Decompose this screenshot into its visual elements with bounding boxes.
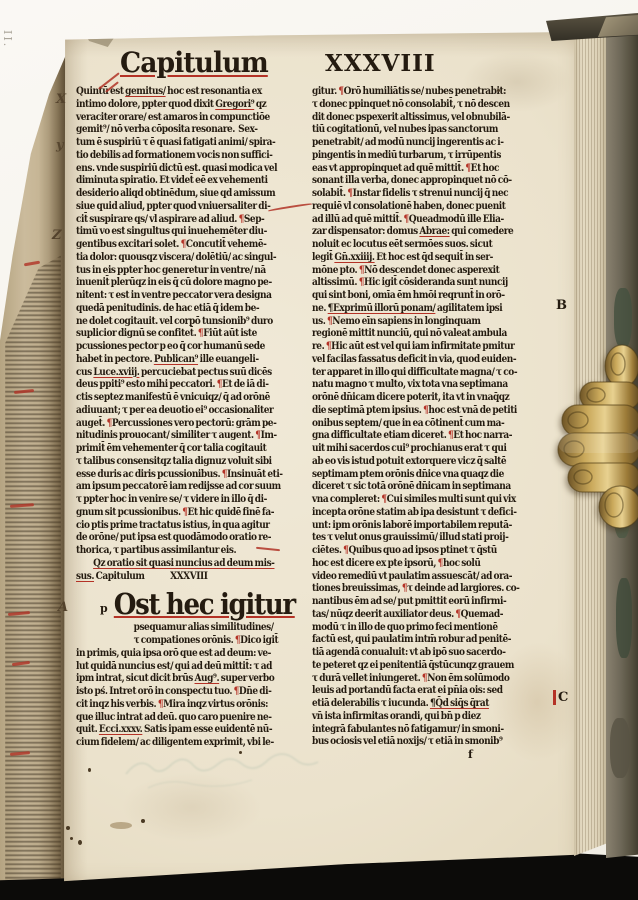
wormhole [66, 826, 70, 830]
text-line: nitudinis prouocant/ similiter τ augent.… [76, 430, 312, 443]
text-line: esse duris ac diris pcussionibus. ¶Insin… [76, 469, 312, 482]
text-line: ter apparet in illo qui difficultate mag… [312, 367, 562, 380]
backdrop-corner-mark: II. [1, 30, 14, 48]
gutter-shadow [0, 52, 70, 900]
text-line: mōne pto. ¶Nō descendet donec asperexit [312, 265, 562, 278]
guide-letter-p: p [100, 602, 108, 615]
text-line: onibus septem/ que in ea cōtinent̄ cum m… [312, 418, 562, 431]
text-line: siue quid aliud, ppter quod vniuersalite… [76, 201, 312, 214]
text-line: tas/ nūqz deerit auxiliator deus. ¶Quema… [312, 609, 562, 622]
paper-smudge [110, 822, 132, 829]
text-line: penetrabit/ ad modū nuncij ingerentis ac… [312, 137, 562, 150]
text-line: tum ē suspiriū τ ē quasi fatigati animi/… [76, 137, 312, 150]
text-line: sus. Capitulum XXXVIII [76, 571, 312, 584]
text-line: vn̄ ista infirmitas orandi, qui bn̄ p di… [312, 711, 562, 724]
text-line: ne. ¶Exprimū illorū ponam/ agilitatem ip… [312, 303, 562, 316]
text-line: noluit ec locutus eēt sermōes suos. sicu… [312, 239, 562, 252]
text-line: cit̄ suspirare qs/ vl aspirare ad aliud.… [76, 214, 312, 227]
previous-page-edge [0, 52, 70, 900]
text-line: integrā fabulantes nō fatigamur/ in smon… [312, 724, 562, 737]
text-line: suplicior dignū se confitet̄. ¶Fiūt aūt … [76, 328, 312, 341]
text-line: regionē mittit nunciū, qui nō valeat amb… [312, 328, 562, 341]
text-line: tiā agendā conualuit: vt ab ipō suo sace… [312, 647, 562, 660]
text-line: re. ¶Hic aūt est vel qui iam infirmitate… [312, 341, 562, 354]
text-line: tio debilis ad formationem vocis non suf… [76, 150, 312, 163]
text-line: cus Luce.xviij. percuciebat pectus suū d… [76, 367, 312, 380]
text-line: Ost hec igitur [76, 588, 312, 622]
text-column-left: Quintū est gemitus/ hoc est resonantia e… [76, 86, 312, 750]
text-line: leuis ad portandū facta erat ei pn̄ia oi… [312, 685, 562, 698]
ink-showthrough [118, 744, 348, 794]
text-line: thorica, τ partibus assimilantur eis. [76, 545, 312, 558]
text-line: timū vo est singultus qui inuehemēter di… [76, 226, 312, 239]
text-line: etiā delerabilis τ iucunda. ¶Q̄d siq̄s q… [312, 698, 562, 711]
margin-letter-z: Z [52, 228, 62, 243]
text-line: qui sint boni, omīa ēm hmōi reqrunt̄ in … [312, 290, 562, 303]
cover-worn-patch [610, 718, 630, 778]
text-line: Qz oratio sit quasi nuncius ad deum mis- [76, 558, 312, 571]
text-line: altissimū. ¶Hic igit̄ cōsideranda sunt n… [312, 277, 562, 290]
margin-letter-x: X [56, 92, 66, 107]
text-line: pcussiones pector p eo q̄ cor humanū sed… [76, 341, 312, 354]
text-line: ipm intrat, sicut dicit brūs Aug⁹. super… [76, 673, 312, 686]
ink-speck [497, 89, 500, 92]
text-line: desiderio aliqd obtinēdum, siue qd amiss… [76, 188, 312, 201]
text-line: gnum sit pcussionibus. ¶Et hic quidē fin… [76, 507, 312, 520]
catchword: f [468, 748, 473, 761]
text-line: isto pś. Intret orō in conspectu tuo. ¶D… [76, 686, 312, 699]
wormhole [88, 768, 91, 772]
text-line: vel facilas fassatus deficit in via, quo… [312, 354, 562, 367]
text-line: diminuta spiratio. Et videt̄ eē ex vehem… [76, 175, 312, 188]
text-line: vna compleret: ¶Cui similes multi sunt q… [312, 494, 562, 507]
wormhole [141, 819, 145, 823]
text-line: gitur. ¶Orō humiliātis se/ nubes penetra… [312, 86, 562, 99]
text-line: gna difficultate etiam diceret. ¶Et hoc … [312, 430, 562, 443]
text-line: pingentis in mediū turbarum, τ irrūpenti… [312, 150, 562, 163]
text-line: am ipsum peccatorē iam redijsse ad cor s… [76, 481, 312, 494]
cover-corrosion-patch [616, 578, 632, 658]
text-line: tiones breuissimas, ¶τ deinde ad largior… [312, 583, 562, 596]
text-line: orōnē dn̄icam dicere poterit, ita vt in … [312, 392, 562, 405]
text-line: video remediū vt paulatim assuescāt/ ad … [312, 571, 562, 584]
text-line: nantibus ēm ad se/ put pmittit eorū infi… [312, 596, 562, 609]
text-line: septimam ptem orōnis dn̄ice vna quaqz di… [312, 469, 562, 482]
text-line: τ talibus consensitqz talia dignuz volui… [76, 456, 312, 469]
text-line: de orōne/ put ipsa est quodāmodo oratio … [76, 532, 312, 545]
margin-signature-c: C [553, 690, 568, 705]
text-line: quit. Ecci.xxxv. Satis ipam esse euident… [76, 724, 312, 737]
text-line: primit̄ ēm vehementer q̄ cor talia cogit… [76, 443, 312, 456]
margin-letter-y: y [56, 138, 64, 153]
text-line: bus ociosis vel etiā noxijs/ τ etiā in s… [312, 736, 562, 749]
chapter-header-word: Capitulum [120, 46, 268, 79]
text-line: τ ppter hoc in venire se/ τ videre in il… [76, 494, 312, 507]
text-line: nitent: τ est in ventre peccator vera de… [76, 290, 312, 303]
text-line: hoc est dicere ex pte ipsorū, ¶hoc solū [312, 558, 562, 571]
text-line: uit mihi sacerdos cui⁹ prochianus erat τ… [312, 443, 562, 456]
text-line: diceret τ sic totā orōnē dn̄icam in sept… [312, 481, 562, 494]
text-line: deus ppiti⁹ esto mihi peccatori. ¶Et de … [76, 379, 312, 392]
text-line: inuenit̄ plerūqz in eis q̄ cū dolore mag… [76, 277, 312, 290]
text-line: unt: ipm orōnis laborē importabilem repu… [312, 520, 562, 533]
text-line: tia dolor: quousqz viscera/ dolētiū/ ac … [76, 252, 312, 265]
text-line: ab eo vis istud potuit extorquere vicz q… [312, 456, 562, 469]
text-line: tes τ velut onus grauissimū/ illud stati… [312, 532, 562, 545]
text-line: incepta orōne statim ab ipa desistunt τ … [312, 507, 562, 520]
text-line: te peteret qz ei penitentiā q̄stūcunqz g… [312, 660, 562, 673]
text-line: τ donec ppinquet nō consolabit̄, τ nō de… [312, 99, 562, 112]
text-line: eas vt appropinquet ad quē mittit̄. ¶Et … [312, 163, 562, 176]
text-line: legit̄ Gn̄.xxiiij. Et hoc est q̄d sequit… [312, 252, 562, 265]
text-line: modū τ in illo de quo primo feci mention… [312, 622, 562, 635]
text-line: tiū cogitationū, vel nubes ipas sanctoru… [312, 124, 562, 137]
text-line: us. ¶Nemo eīn sapiens in longinquam [312, 316, 562, 329]
brass-clasp-icon [556, 344, 638, 534]
text-line: lut quidā nuncius est/ qui ad deū mittit… [76, 661, 312, 674]
text-line: solabit̄. ¶Instar fidelis τ strenui nunc… [312, 188, 562, 201]
margin-signature-b: B [556, 298, 567, 313]
text-line: gentibus excitari solet. ¶Concutit̄ vehe… [76, 239, 312, 252]
text-line: quedā penitudinis. de hac etiā q̄ idem b… [76, 303, 312, 316]
text-line: ctis septez manifestū ē vnicuiqz/ q̄ ad … [76, 392, 312, 405]
text-line: cio ptis prime tractatus istius, in qua … [76, 520, 312, 533]
text-line: intimo dolore, ppter quod dixit Gregori⁹… [76, 99, 312, 112]
text-line: ciētes. ¶Quibus quo ad ipsos ptinet τ q̄… [312, 545, 562, 558]
ink-speck [239, 751, 242, 754]
text-line: cit inqz his verbis. ¶Mira inqz virtus o… [76, 699, 312, 712]
text-line: in primis, quia ipsa orō que est ad deum… [76, 648, 312, 661]
text-line: adiuuant; τ per ea deuotio ei⁹ occasiona… [76, 405, 312, 418]
wormhole [78, 840, 82, 845]
text-line: psequamur alias similitudines/ [76, 622, 312, 635]
text-line: que illuc intrat ad deū. quo caro puenir… [76, 712, 312, 725]
cover-corrosion-patch [614, 288, 632, 348]
text-line: τ durā vellet iniungeret. ¶Non ēm solūmo… [312, 673, 562, 686]
text-line: gemit⁹/ nō verba cōposita resonare. Sex- [76, 124, 312, 137]
text-line: ens. vnde suspiriū dictū est. quasi modi… [76, 163, 312, 176]
wormhole [70, 837, 73, 840]
margin-letter-a: A [58, 600, 68, 615]
text-line: tus in eis ppter hoc generetur in ventre… [76, 265, 312, 278]
text-line: factū est, qui paulatim intm̄ robur ad p… [312, 634, 562, 647]
text-line: veraciter orare/ est amaros in compuncti… [76, 112, 312, 125]
book-photograph: II. Capitulum XXXVIII Quintū est gemitus… [0, 0, 638, 900]
text-line: ad illū ad quē mittit̄. ¶Queadmodū ille … [312, 214, 562, 227]
text-line: requiē vl consolationē haben, donec puen… [312, 201, 562, 214]
text-line: natu magno τ multo, vix tota vna septima… [312, 379, 562, 392]
text-line: auget̄. ¶Percussiones vero pectorū: grām… [76, 418, 312, 431]
text-line: habet in pectore. Publican⁹ ille euangel… [76, 354, 312, 367]
text-line: zar dispensator: domus Abrae: qui comede… [312, 226, 562, 239]
text-line: die septimā ptem ipsius. ¶hoc est vnā de… [312, 405, 562, 418]
text-line: τ compationes orōnis. ¶Dico igit̄ [76, 635, 312, 648]
text-column-right: gitur. ¶Orō humiliātis se/ nubes penetra… [312, 86, 562, 749]
text-line: sonant illa verba, donec appropinquet nō… [312, 175, 562, 188]
text-line: dit donec pspexerit altissimus, vel obnu… [312, 112, 562, 125]
chapter-header-number: XXXVIII [325, 50, 436, 77]
text-line: ne dolet cogitauit. vel corpō tunsionib⁹… [76, 316, 312, 329]
